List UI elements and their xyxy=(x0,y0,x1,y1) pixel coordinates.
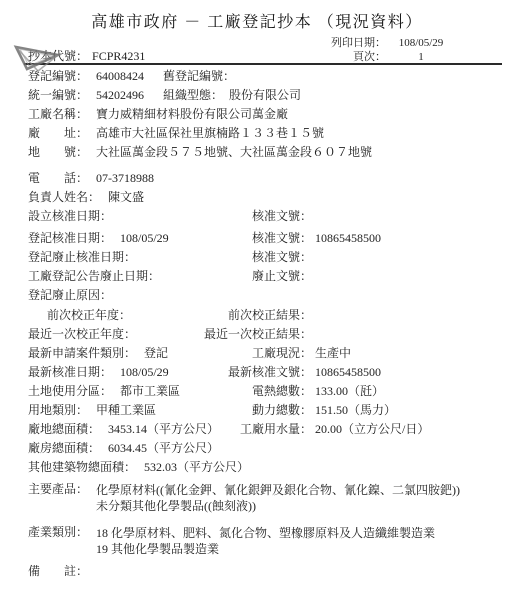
print-date-value: 108/05/29 xyxy=(386,36,456,50)
field-value: 化學原材料((氰化金鉀、氰化銀鉀及銀化合物、氰化鎳、二氯四胺鈀))未分類其他化學… xyxy=(96,482,460,514)
industry-line2: 19 其他化學製品製造業 xyxy=(96,542,219,556)
field-site-area: 廠地總面積：3453.14（平方公尺） 工廠用水量：20.00（立方公尺/日） xyxy=(0,422,514,441)
status-value: 生產中 xyxy=(315,346,351,360)
field-label: 其他建築物總面積： xyxy=(28,460,136,474)
page-number-row: 頁次： 1 xyxy=(318,50,456,64)
document-body: 登記編號：64008424 舊登記編號： 統一編號：54202496 組織型態：… xyxy=(0,69,514,583)
field-value: 151.50（馬力） xyxy=(315,403,396,417)
field-announce-abolish-date: 工廠登記公告廢止日期： 廢止文號： xyxy=(0,269,514,288)
field-label: 工廠現況： xyxy=(0,346,312,361)
field-old-reg-no: 舊登記編號： xyxy=(163,69,241,84)
field-phone: 電 話：07-3718988 xyxy=(0,171,514,190)
factory-registration-document: 高雄市政府 － 工廠登記抄本 （現況資料） 抄本代號：FCPR4231 列印日期… xyxy=(0,0,514,589)
field-prev-check-result: 前次校正結果： xyxy=(0,308,315,323)
field-label: 最新核准文號： xyxy=(0,365,312,380)
field-electric-heat: 電熱總數：133.00（瓩） xyxy=(0,384,384,399)
field-value: 陳文盛 xyxy=(108,190,144,204)
field-label: 廠房總面積： xyxy=(28,441,100,455)
field-value: 寶力威精細材料股份有限公司萬金廠 xyxy=(96,107,288,121)
field-other-building-area: 其他建築物總面積：532.03（平方公尺） xyxy=(0,460,514,479)
field-label: 負責人姓名： xyxy=(28,190,100,204)
field-industry-category: 產業類別：18 化學原材料、肥料、氮化合物、塑橡膠原料及人造纖維製造業19 其他… xyxy=(0,525,514,557)
field-value: 股份有限公司 xyxy=(229,88,301,102)
field-label: 廠 址： xyxy=(28,126,88,140)
field-label: 最近一次校正結果： xyxy=(0,327,312,342)
field-power-total: 動力總數：151.50（馬力） xyxy=(0,403,396,418)
field-value: 10865458500 xyxy=(315,365,381,379)
field-label: 登記廢止原因： xyxy=(28,288,112,302)
field-main-products: 主要產品：化學原材料((氰化金鉀、氰化銀鉀及銀化合物、氰化鎳、二氯四胺鈀))未分… xyxy=(0,482,514,514)
field-abolish-reason: 登記廢止原因： xyxy=(0,288,514,307)
field-label: 組織型態： xyxy=(163,88,223,102)
field-last-check-year: 最近一次校正年度： 最近一次校正結果： xyxy=(0,327,514,346)
field-remark: 備 註： xyxy=(0,564,514,583)
field-value: 20.00（立方公尺/日） xyxy=(315,422,429,436)
page-title: 高雄市政府 － 工廠登記抄本 （現況資料） xyxy=(0,9,514,32)
field-reg-approve-doc: 核准文號：10865458500 xyxy=(0,231,381,246)
field-reg-no: 登記編號：64008424 舊登記編號： xyxy=(0,69,514,88)
field-value: 6034.45（平方公尺） xyxy=(108,441,219,455)
main-products-line1: 化學原材料((氰化金鉀、氰化銀鉀及銀化合物、氰化鎳、二氯四胺鈀)) xyxy=(96,483,460,497)
field-establish-date: 設立核准日期： 核准文號： xyxy=(0,209,514,228)
field-value: 54202496 xyxy=(96,88,144,102)
field-value: 高雄市大社區保社里旗楠路１３３巷１５號 xyxy=(96,126,324,140)
field-value: 64008424 xyxy=(96,69,144,83)
industry-line1: 18 化學原材料、肥料、氮化合物、塑橡膠原料及人造纖維製造業 xyxy=(96,526,435,540)
field-value: 532.03（平方公尺） xyxy=(144,460,249,474)
field-value: 07-3718988 xyxy=(96,171,154,185)
field-owner-name: 負責人姓名：陳文盛 xyxy=(0,190,514,209)
field-label: 工廠用水量： xyxy=(0,422,312,437)
field-value: 18 化學原材料、肥料、氮化合物、塑橡膠原料及人造纖維製造業19 其他化學製品製… xyxy=(96,525,435,557)
field-label: 舊登記編號： xyxy=(163,69,235,83)
page-number-label: 頁次： xyxy=(318,50,386,64)
field-factory-name: 工廠名稱：寶力威精細材料股份有限公司萬金廠 xyxy=(0,107,514,126)
pencil-scribble-icon xyxy=(12,40,74,76)
field-value: 大社區萬金段５７５地號、大社區萬金段６０７地號 xyxy=(96,145,372,159)
print-meta: 列印日期： 108/05/29 頁次： 1 xyxy=(318,36,456,64)
field-label: 主要產品： xyxy=(28,482,88,496)
field-value: 133.00（瓩） xyxy=(315,384,384,398)
print-date-row: 列印日期： 108/05/29 xyxy=(318,36,456,50)
field-establish-doc: 核准文號： xyxy=(0,209,315,224)
field-label: 核准文號： xyxy=(0,231,312,246)
field-water-usage: 工廠用水量：20.00（立方公尺/日） xyxy=(0,422,429,437)
field-latest-case-type: 最新申請案件類別：登記 工廠現況：生產中 xyxy=(0,346,514,365)
field-prev-check-year: 前次校正年度： 前次校正結果： xyxy=(0,308,514,327)
field-abolish-approve-doc: 核准文號： xyxy=(0,250,315,265)
field-label: 產業類別： xyxy=(28,525,88,539)
field-label: 核准文號： xyxy=(0,209,312,224)
field-building-area: 廠房總面積：6034.45（平方公尺） xyxy=(0,441,514,460)
field-label: 動力總數： xyxy=(0,403,312,418)
field-latest-approve-date: 最新核准日期：108/05/29 最新核准文號：10865458500 xyxy=(0,365,514,384)
field-label: 廢止文號： xyxy=(0,269,312,284)
field-uniform-no: 統一編號：54202496 組織型態：股份有限公司 xyxy=(0,88,514,107)
field-org-type: 組織型態：股份有限公司 xyxy=(163,88,301,103)
field-label: 地 號： xyxy=(28,145,88,159)
field-label: 備 註： xyxy=(28,564,88,578)
field-value: 10865458500 xyxy=(315,231,381,245)
field-label: 工廠名稱： xyxy=(28,107,88,121)
field-label: 電熱總數： xyxy=(0,384,312,399)
field-label: 核准文號： xyxy=(0,250,312,265)
field-abolish-approve-date: 登記廢止核准日期： 核准文號： xyxy=(0,250,514,269)
field-reg-approve-date: 登記核准日期：108/05/29 核准文號：10865458500 xyxy=(0,231,514,250)
field-factory-address: 廠 址：高雄市大社區保社里旗楠路１３３巷１５號 xyxy=(0,126,514,145)
print-date-label: 列印日期： xyxy=(318,36,386,50)
field-factory-status: 工廠現況：生產中 xyxy=(0,346,351,361)
field-land-zone: 土地使用分區：都市工業區 電熱總數：133.00（瓩） xyxy=(0,384,514,403)
field-last-check-result: 最近一次校正結果： xyxy=(0,327,315,342)
field-land-no: 地 號：大社區萬金段５７５地號、大社區萬金段６０７地號 xyxy=(0,145,514,164)
main-products-line2: 未分類其他化學製品((蝕刻液)) xyxy=(96,499,256,513)
field-land-category: 用地類別：甲種工業區 動力總數：151.50（馬力） xyxy=(0,403,514,422)
field-latest-approve-doc: 最新核准文號：10865458500 xyxy=(0,365,381,380)
field-label: 電 話： xyxy=(28,171,88,185)
divider-rule xyxy=(24,63,502,65)
field-abolish-doc: 廢止文號： xyxy=(0,269,315,284)
copy-code-value: FCPR4231 xyxy=(92,49,145,63)
field-label: 統一編號： xyxy=(28,88,88,102)
page-number-value: 1 xyxy=(386,50,456,64)
field-label: 前次校正結果： xyxy=(0,308,312,323)
